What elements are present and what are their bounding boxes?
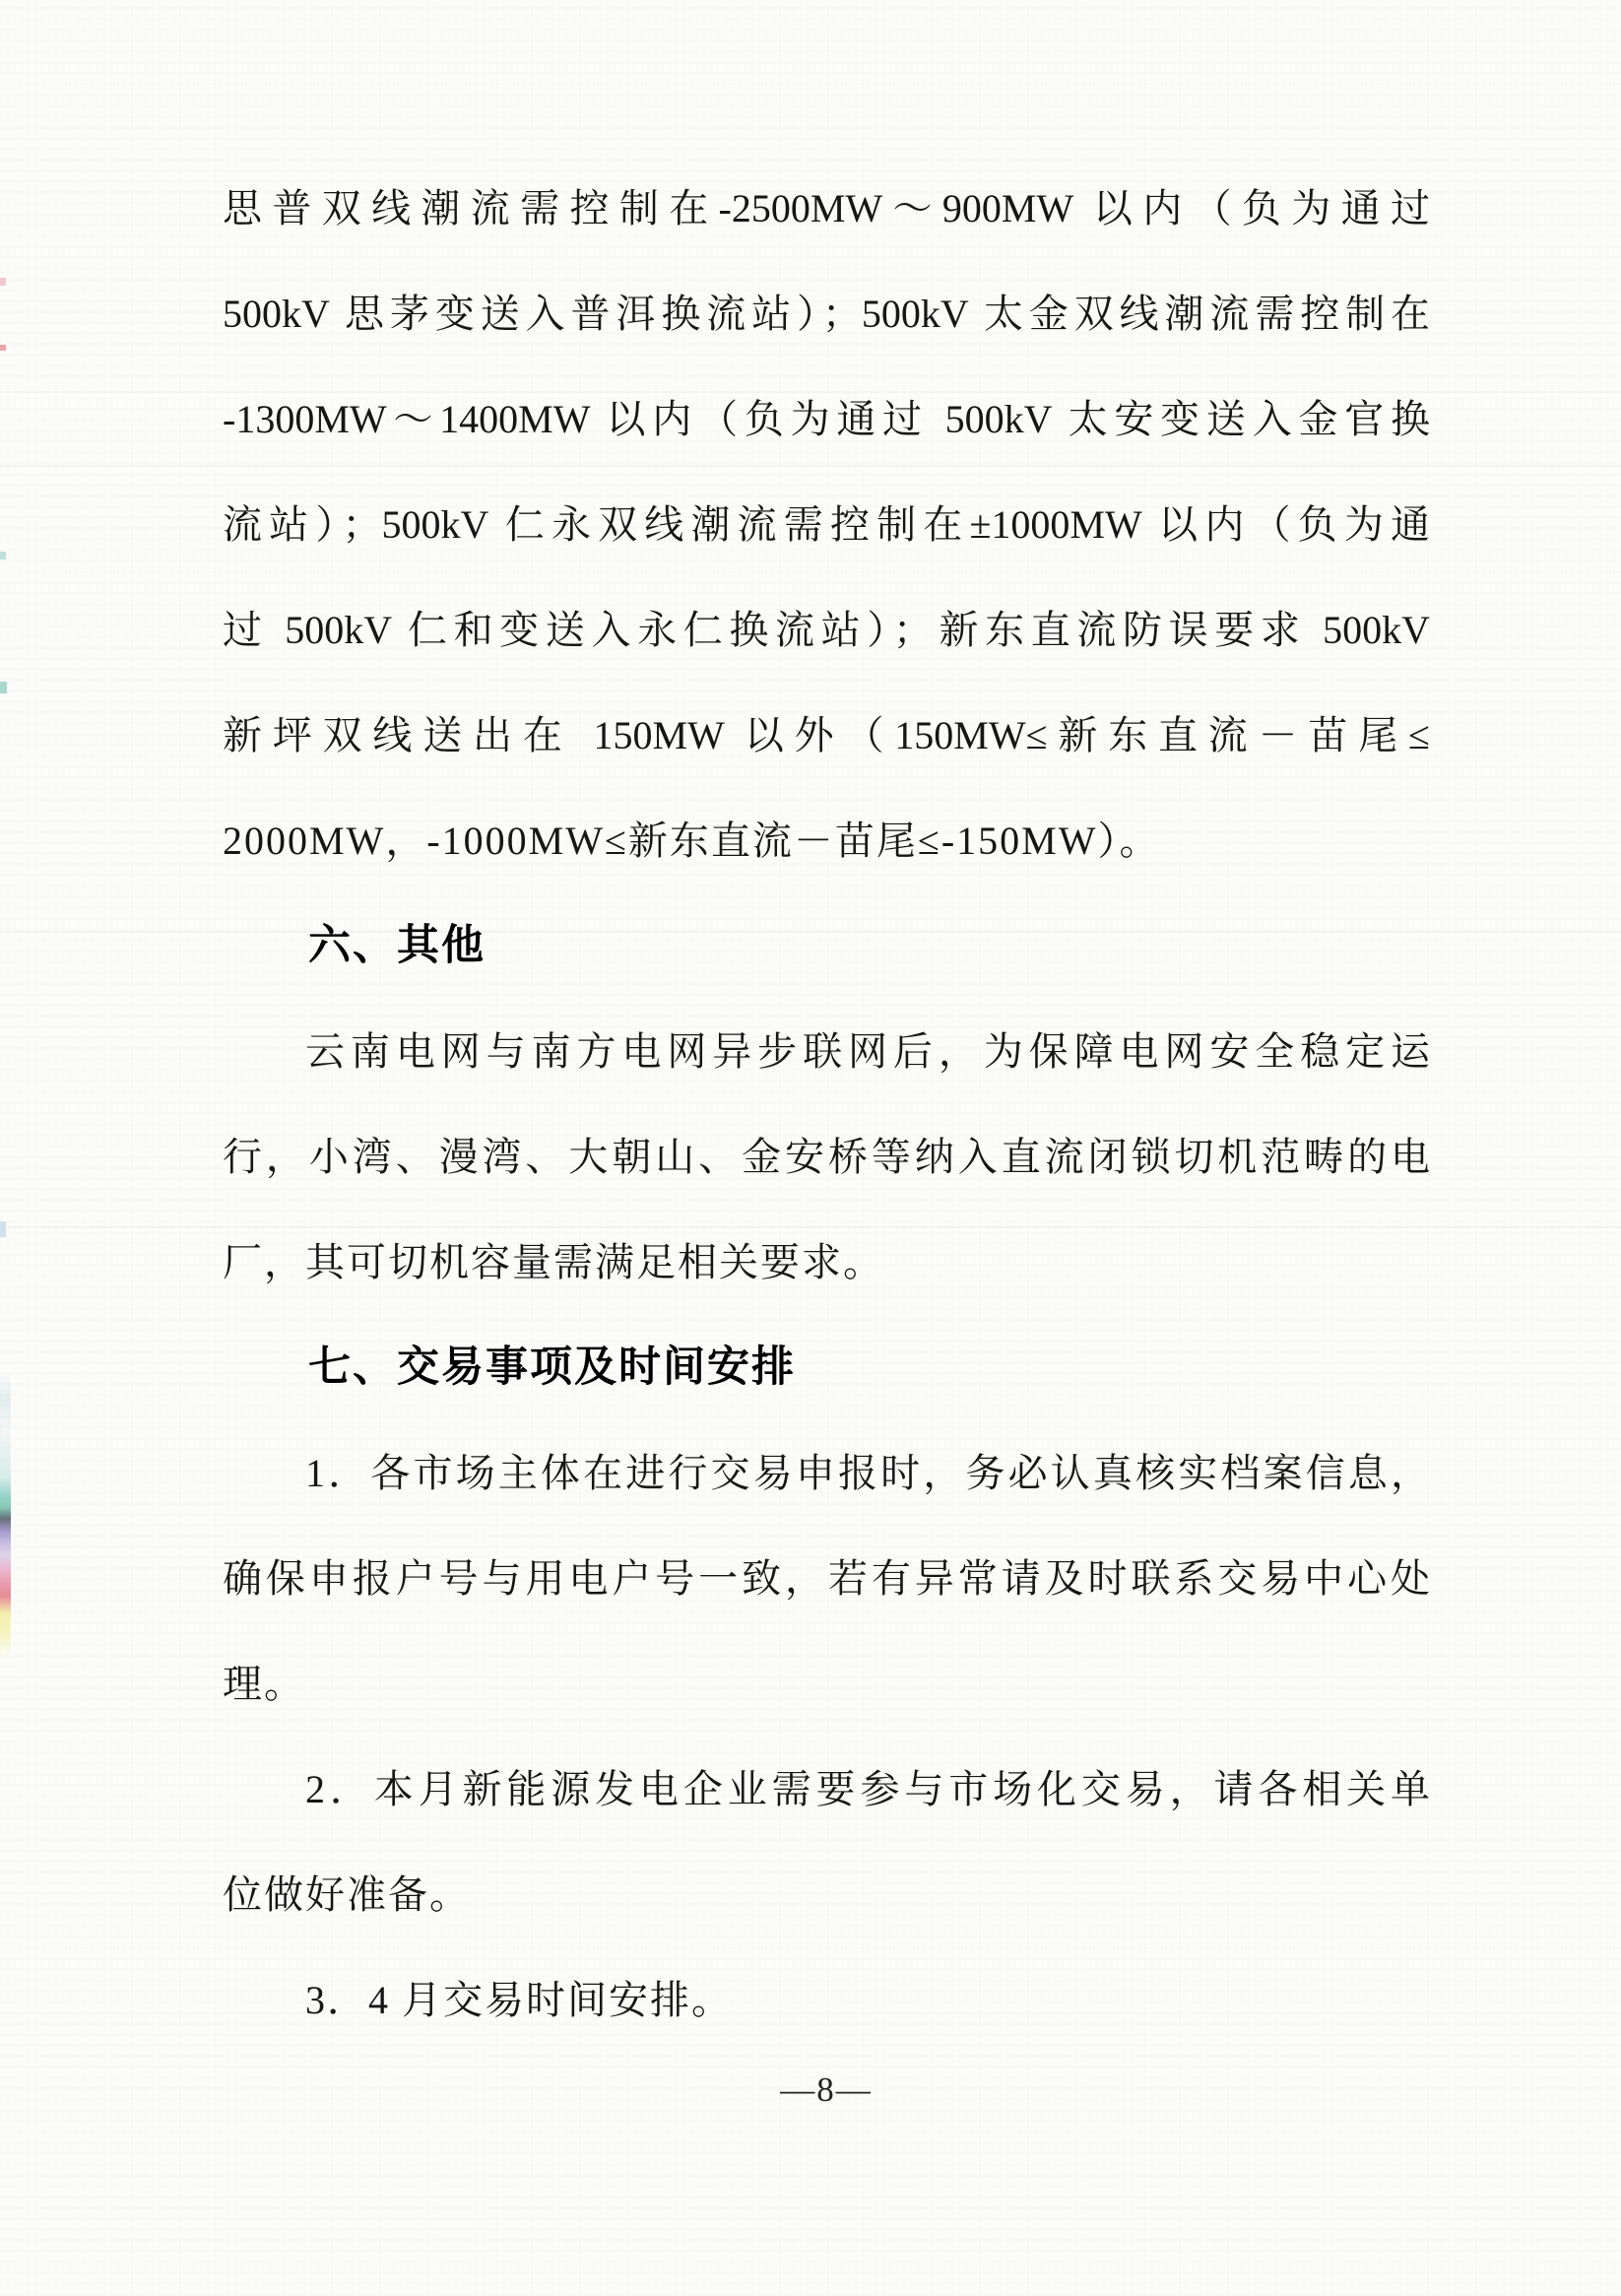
list-item-1-line: 理。 (223, 1631, 1430, 1737)
document-body: 思普双线潮流需控制在-2500MW～900MW 以内（负为通过 500kV 思茅… (223, 156, 1430, 2053)
list-item-1-line: 确保申报户号与用电户号一致，若有异常请及时联系交易中心处 (223, 1526, 1430, 1631)
para-other-line: 云南电网与南方电网异步联网后，为保障电网安全稳定运 (223, 999, 1430, 1104)
para-flow-control-line: 新坪双线送出在 150MW 以外（150MW≤新东直流－苗尾≤ (223, 683, 1430, 788)
para-flow-control-line: 过 500kV 仁和变送入永仁换流站）；新东直流防误要求 500kV (223, 577, 1430, 683)
list-item-1-line: 1．各市场主体在进行交易申报时，务必认真核实档案信息， (223, 1420, 1430, 1526)
para-flow-control-line: 500kV 思茅变送入普洱换流站）；500kV 太金双线潮流需控制在 (223, 261, 1430, 366)
heading-section-seven: 七、交易事项及时间安排 (223, 1315, 1430, 1420)
scan-fleck-artifact (0, 345, 6, 351)
heading-section-six: 六、其他 (223, 893, 1430, 999)
para-flow-control-line: 2000MW，-1000MW≤新东直流－苗尾≤-150MW）。 (223, 788, 1430, 893)
document-page: 思普双线潮流需控制在-2500MW～900MW 以内（负为通过 500kV 思茅… (0, 0, 1621, 2296)
scan-color-strip-artifact (0, 1371, 11, 1667)
list-item-2-line: 位做好准备。 (223, 1842, 1430, 1947)
scan-fleck-artifact (0, 682, 7, 693)
para-flow-control-line: 流站）；500kV 仁永双线潮流需控制在±1000MW 以内（负为通 (223, 472, 1430, 577)
list-item-2-line: 2．本月新能源发电企业需要参与市场化交易，请各相关单 (223, 1737, 1430, 1842)
para-flow-control-line: 思普双线潮流需控制在-2500MW～900MW 以内（负为通过 (223, 156, 1430, 261)
scan-fleck-artifact (0, 1221, 6, 1237)
para-flow-control-line: -1300MW～1400MW 以内（负为通过 500kV 太安变送入金官换 (223, 366, 1430, 472)
page-number: —8— (223, 2037, 1430, 2142)
para-other-line: 厂，其可切机容量需满足相关要求。 (223, 1210, 1430, 1315)
para-other-line: 行，小湾、漫湾、大朝山、金安桥等纳入直流闭锁切机范畴的电 (223, 1104, 1430, 1210)
scan-fleck-artifact (0, 278, 6, 286)
scan-fleck-artifact (0, 552, 6, 559)
